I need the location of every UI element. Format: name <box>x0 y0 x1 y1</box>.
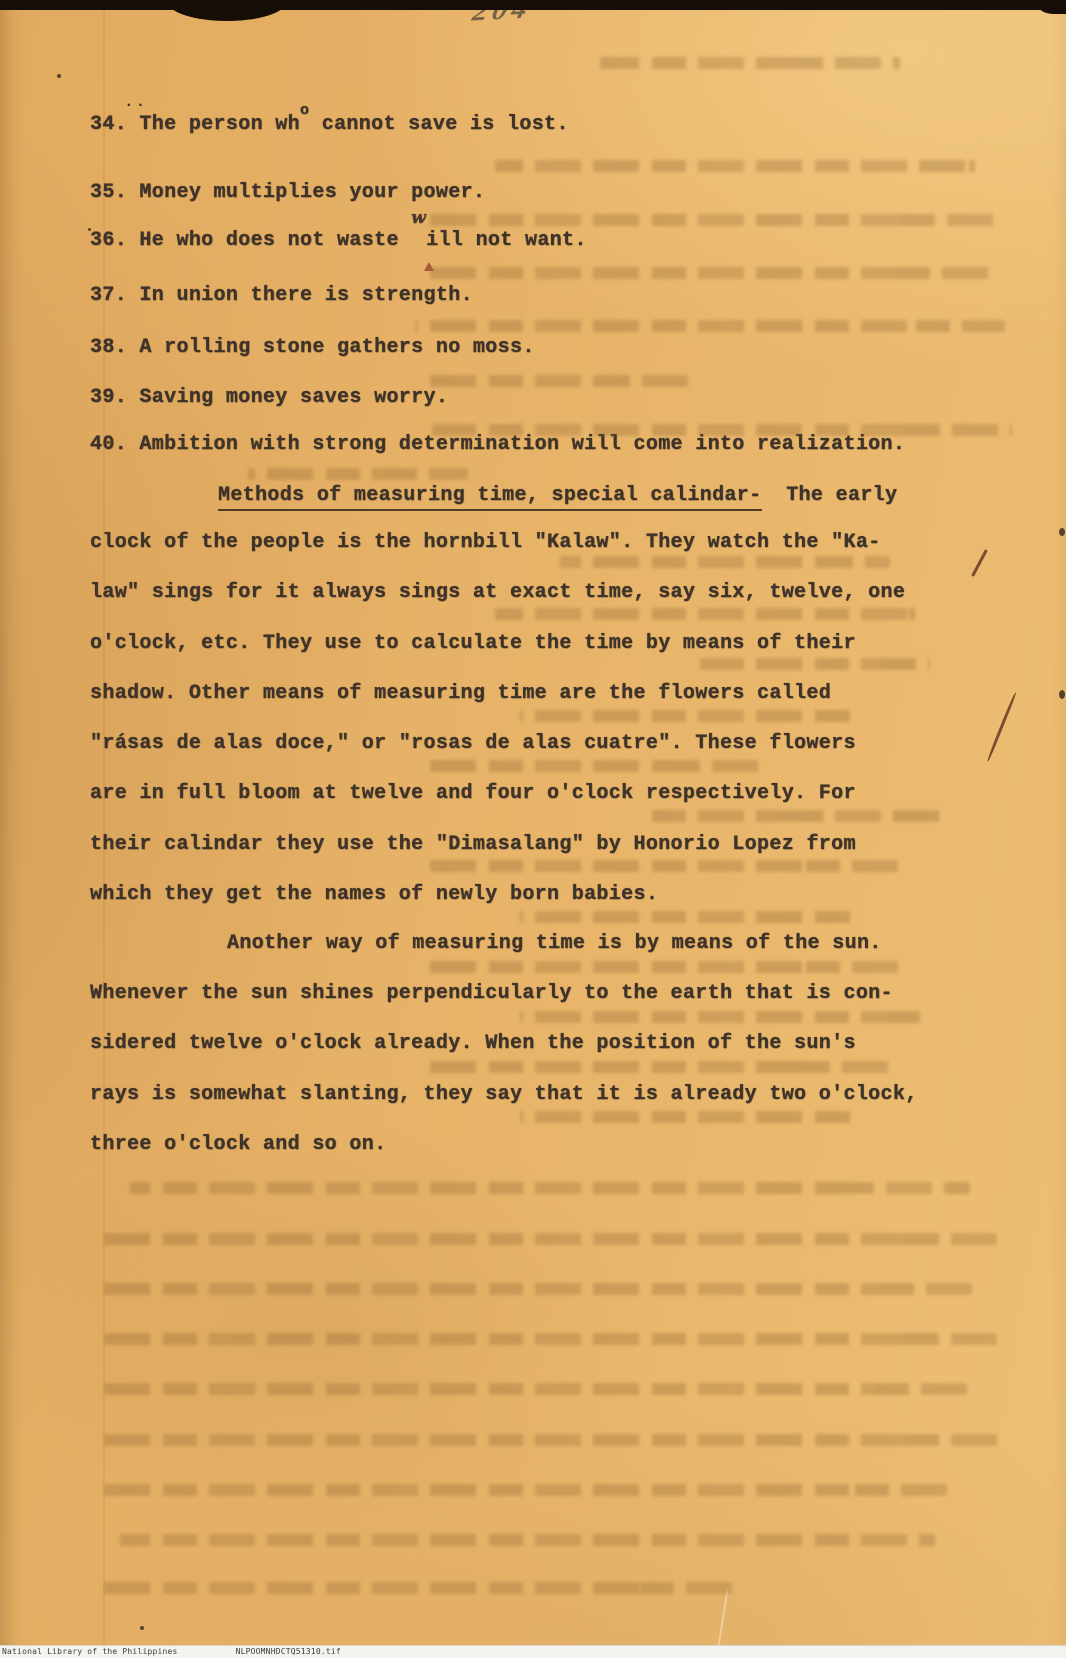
bleed-through-line <box>520 710 850 722</box>
bleed-through-line <box>430 860 910 872</box>
bleed-through-line <box>92 1484 947 1496</box>
list-item-number: 35. <box>90 181 127 204</box>
paragraph-line: sidered twelve o'clock already. When the… <box>90 1031 856 1057</box>
paragraph-line: Whenever the sun shines perpendicularly … <box>90 981 893 1007</box>
list-item: 39. Saving money saves worry. <box>90 385 448 411</box>
dust-speck <box>57 74 61 78</box>
dust-speck <box>140 1626 144 1630</box>
list-item: 36. He who does not waste will not want. <box>90 228 587 254</box>
bleed-through-line <box>130 1182 970 1194</box>
bleed-through-line <box>415 320 1005 332</box>
bleed-through-line <box>430 961 910 973</box>
dust-speck <box>1059 528 1065 536</box>
paragraph-line: are in full bloom at twelve and four o'c… <box>90 781 856 807</box>
bleed-through-line <box>520 911 850 923</box>
bleed-through-line <box>600 57 900 69</box>
paragraph-line: three o'clock and so on. <box>90 1132 386 1158</box>
paragraph-line: their calindar they use the "Dimasalang"… <box>90 832 856 858</box>
underlined-heading: Methods of measuring time, special calin… <box>218 484 762 511</box>
bleed-through-line <box>432 424 1012 436</box>
scan-filename: NLPOOMNHDCTQ51310.tif <box>236 1647 341 1657</box>
library-name: National Library of the Philippines <box>2 1647 178 1657</box>
bleed-through-line <box>700 658 930 670</box>
list-item-number: 36. <box>90 229 127 252</box>
scanned-document-page: 204 ·· 34. The person who cannot save is… <box>0 0 1066 1658</box>
list-item: 35. Money multiplies your power. <box>90 180 485 206</box>
bleed-through-line <box>495 160 975 172</box>
paragraph-line: Another way of measuring time is by mean… <box>227 931 882 957</box>
scan-top-border-blob <box>168 0 286 21</box>
scan-top-border-bump <box>1040 0 1066 14</box>
dust-speck <box>88 228 91 231</box>
bleed-through-line <box>520 1011 920 1023</box>
bleed-through-line <box>92 1383 967 1395</box>
list-item-number: 34. <box>90 113 127 136</box>
paragraph-line: which they get the names of newly born b… <box>90 882 658 908</box>
digitization-footer-bar: National Library of the Philippines NLPO… <box>0 1645 1066 1658</box>
paragraph-line: "rásas de alas doce," or "rosas de alas … <box>90 731 856 757</box>
pen-check-mark <box>971 549 988 577</box>
list-item-number: 40. <box>90 433 127 456</box>
dust-speck <box>1059 690 1065 699</box>
list-item: 38. A rolling stone gathers no moss. <box>90 335 535 361</box>
bleed-through-line <box>92 1233 997 1245</box>
paragraph-line: clock of the people is the hornbill "Kal… <box>90 530 881 556</box>
bleed-through-line <box>420 214 995 226</box>
bleed-through-line <box>430 760 770 772</box>
pen-check-mark <box>986 692 1017 762</box>
list-item: 34. The person who cannot save is lost. <box>90 112 569 138</box>
bleed-through-line <box>430 1061 900 1073</box>
superscript-letter: o <box>300 102 309 119</box>
bleed-through-line <box>92 1434 997 1446</box>
list-item-number: 39. <box>90 386 127 409</box>
bleed-through-line <box>428 375 698 387</box>
paragraph-line: shadow. Other means of measuring time ar… <box>90 681 831 707</box>
bleed-through-line <box>92 1283 972 1295</box>
scan-top-border <box>0 0 1066 10</box>
bleed-through-line <box>520 1111 850 1123</box>
bleed-through-line <box>92 1333 997 1345</box>
list-item: 37. In union there is strength. <box>90 283 473 309</box>
bleed-through-line <box>120 1534 935 1546</box>
list-item-number: 38. <box>90 336 127 359</box>
bleed-through-line <box>92 1582 732 1594</box>
bleed-through-line <box>425 267 995 279</box>
bleed-through-line <box>640 810 940 822</box>
paper-crease-line <box>103 10 105 1648</box>
bleed-through-line <box>248 468 468 480</box>
paragraph-line: rays is somewhat slanting, they say that… <box>90 1082 918 1108</box>
paper-scratch <box>717 1588 728 1648</box>
bleed-through-line <box>495 608 915 620</box>
bleed-through-line <box>560 556 890 568</box>
list-item-number: 37. <box>90 284 127 307</box>
section-heading-line: Methods of measuring time, special calin… <box>218 483 897 509</box>
paragraph-line: law" sings for it always sings at exact … <box>90 580 905 606</box>
paragraph-line: o'clock, etc. They use to calculate the … <box>90 631 856 657</box>
